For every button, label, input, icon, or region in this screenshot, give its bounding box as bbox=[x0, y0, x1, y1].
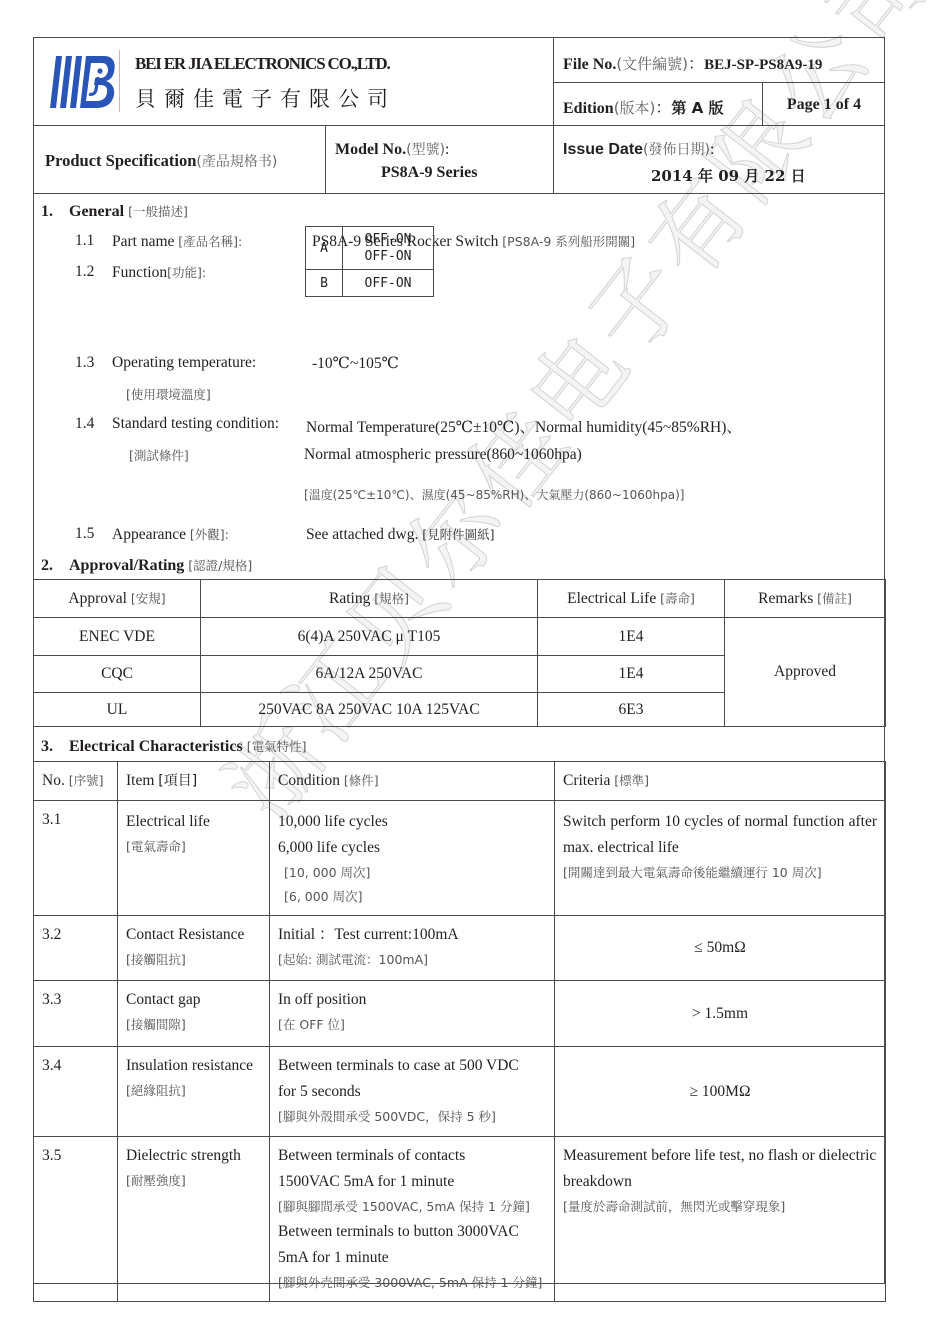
label: Part name bbox=[112, 233, 174, 250]
condition-line: 6,000 life cycles bbox=[278, 835, 546, 861]
spec-label-zh: (產品規格书) bbox=[196, 154, 277, 170]
column-header: No. [序號] bbox=[34, 762, 118, 801]
function-modes: OFF-ONOFF-ON bbox=[343, 227, 434, 270]
approval-cell: UL bbox=[34, 693, 201, 727]
item-cell: Electrical life[電氣壽命] bbox=[118, 801, 270, 916]
function-table: A OFF-ONOFF-ON B OFF-ON bbox=[305, 226, 434, 297]
issue-date: Issue Date(發佈日期): bbox=[563, 139, 714, 159]
approval-cell: CQC bbox=[34, 656, 201, 693]
condition-cell: Between terminals to case at 500 VDCfor … bbox=[270, 1047, 555, 1137]
edition-label-zh: (版本) bbox=[614, 99, 656, 117]
life-cell: 1E4 bbox=[538, 656, 725, 693]
file-no-label-zh: (文件編號) bbox=[616, 55, 688, 73]
item-zh: [接觸阻抗] bbox=[126, 948, 261, 972]
condition-line: 1500VAC 5mA for 1 minute bbox=[278, 1169, 546, 1195]
label-zh: [產品名稱]: bbox=[178, 234, 242, 249]
item-zh: [電氣壽命] bbox=[126, 835, 261, 859]
header-en: Electrical Life bbox=[567, 590, 656, 607]
section-electrical-heading: 3.Electrical Characteristics [電氣特性] bbox=[41, 737, 306, 756]
condition-line: Initial ：Test current:100mA bbox=[278, 922, 546, 948]
header-zh: [規格] bbox=[374, 591, 409, 606]
life-cell: 1E4 bbox=[538, 618, 725, 656]
divider bbox=[553, 38, 554, 193]
section-title-zh: [認證/規格] bbox=[188, 558, 252, 573]
criteria-zh: [量度於壽命測試前，無閃光或擊穿現象] bbox=[563, 1195, 877, 1219]
divider bbox=[34, 125, 885, 126]
item-number: 1.2 bbox=[75, 263, 94, 281]
table-header-row: No. [序號] Item [項目] Condition [條件] Criter… bbox=[34, 762, 886, 801]
issue-label-zh: (發佈日期) bbox=[643, 142, 710, 158]
condition-zh: [6, 000 周次] bbox=[278, 885, 546, 909]
item-number: 1.4 bbox=[75, 415, 94, 433]
colon: ： bbox=[688, 56, 704, 73]
issue-label: Issue Date bbox=[563, 141, 643, 158]
criteria-cell: Measurement before life test, no flash o… bbox=[555, 1137, 886, 1302]
label: Appearance bbox=[112, 526, 186, 543]
header-zh: [條件] bbox=[344, 773, 379, 788]
section-number: 2. bbox=[41, 557, 53, 574]
model-label: Model No. bbox=[335, 141, 406, 158]
company-name-en: BEI ER JIA ELECTRONICS CO.,LTD. bbox=[135, 54, 390, 74]
colon: : bbox=[445, 141, 449, 158]
column-header: Rating [規格] bbox=[201, 580, 538, 618]
section-title: Electrical Characteristics bbox=[69, 738, 243, 755]
appearance-value: See attached dwg. [見附件圖紙] bbox=[306, 525, 494, 544]
section-title: Approval/Rating bbox=[69, 557, 184, 574]
edition-value: 第 A 版 bbox=[671, 99, 723, 117]
header-zh: [標準] bbox=[614, 773, 649, 788]
value-zh: [PS8A-9 系列船形開關] bbox=[502, 234, 635, 249]
table-row: 3.2 Contact Resistance[接觸阻抗] Initial ：Te… bbox=[34, 916, 886, 981]
condition-zh: [起始: 測試電流：100mA] bbox=[278, 948, 546, 972]
item-number: 1.3 bbox=[75, 354, 94, 372]
remarks-cell: Approved bbox=[725, 618, 886, 727]
criteria-cell: ≥ 100MΩ bbox=[555, 1047, 886, 1137]
rating-cell: 6(4)A 250VAC μ T105 bbox=[201, 618, 538, 656]
condition-cell: Between terminals of contacts 1500VAC 5m… bbox=[270, 1137, 555, 1302]
function-row: A OFF-ONOFF-ON bbox=[306, 227, 434, 270]
spec-sheet: BEI ER JIA ELECTRONICS CO.,LTD. 貝爾佳電子有限公… bbox=[33, 37, 885, 1284]
row-number: 3.1 bbox=[34, 801, 118, 916]
criteria-cell: > 1.5mm bbox=[555, 981, 886, 1047]
item-en: Contact Resistance bbox=[126, 922, 261, 948]
column-header: Criteria [標準] bbox=[555, 762, 886, 801]
part-name-label: Part name [產品名稱]: bbox=[112, 232, 242, 251]
item-number: 1.5 bbox=[75, 525, 94, 543]
item-cell: Insulation resistance[絕緣阻抗] bbox=[118, 1047, 270, 1137]
file-no-value: BEJ-SP-PS8A9-19 bbox=[704, 57, 822, 73]
model-label-zh: (型號) bbox=[406, 142, 445, 158]
condition-zh: [在 OFF 位] bbox=[278, 1013, 546, 1037]
operating-temp-label-zh: [使用環境溫度] bbox=[126, 385, 211, 403]
header-zh: [序號] bbox=[69, 773, 104, 788]
item-cell: Contact Resistance[接觸阻抗] bbox=[118, 916, 270, 981]
divider bbox=[325, 125, 326, 193]
value: See attached dwg. bbox=[306, 526, 418, 543]
colon: ： bbox=[655, 100, 671, 117]
mode: OFF-ON bbox=[347, 248, 429, 265]
function-modes: OFF-ON bbox=[343, 270, 434, 297]
table-row: 3.1 Electrical life[電氣壽命] 10,000 life cy… bbox=[34, 801, 886, 916]
criteria-zh: [開關達到最大電氣壽命後能繼續運行 10 周次] bbox=[563, 861, 877, 885]
header-en: Remarks bbox=[758, 590, 813, 607]
value-zh: [見附件圖紙] bbox=[422, 527, 494, 542]
condition-line: In off position bbox=[278, 987, 546, 1013]
testing-condition-value-2: Normal atmospheric pressure(860~1060hpa) bbox=[304, 446, 582, 464]
item-zh: [絕緣阻抗] bbox=[126, 1079, 261, 1103]
mode: OFF-ON bbox=[347, 275, 429, 292]
product-spec-title: Product Specification(產品規格书) bbox=[45, 151, 277, 171]
spec-label: Product Specification bbox=[45, 151, 196, 170]
header-en: Item bbox=[126, 772, 154, 789]
operating-temp-value: -10℃~105℃ bbox=[312, 354, 399, 373]
issue-date-value: 2014 年 09 月 22 日 bbox=[651, 165, 806, 186]
header-en: Condition bbox=[278, 772, 340, 789]
column-header: Approval [安規] bbox=[34, 580, 201, 618]
label-zh: [功能]: bbox=[167, 265, 206, 280]
file-no: File No.(文件編號)：BEJ-SP-PS8A9-19 bbox=[563, 51, 822, 74]
function-row: B OFF-ON bbox=[306, 270, 434, 297]
condition-line: 5mA for 1 minute bbox=[278, 1245, 546, 1271]
operating-temp-label: Operating temperature: bbox=[112, 354, 256, 372]
table-header-row: Approval [安規] Rating [規格] Electrical Lif… bbox=[34, 580, 886, 618]
item-cell: Dielectric strength[耐壓強度] bbox=[118, 1137, 270, 1302]
mode: OFF-ON bbox=[347, 231, 429, 248]
testing-condition-label-zh: [測試條件] bbox=[129, 446, 189, 464]
testing-condition-label: Standard testing condition: bbox=[112, 415, 279, 433]
row-number: 3.3 bbox=[34, 981, 118, 1047]
life-cell: 6E3 bbox=[538, 693, 725, 727]
condition-line: for 5 seconds bbox=[278, 1079, 546, 1105]
edition: Edition(版本)：第 A 版 bbox=[563, 95, 723, 118]
section-number: 1. bbox=[41, 203, 53, 220]
item-en: Contact gap bbox=[126, 987, 261, 1013]
model-value: PS8A-9 Series bbox=[381, 164, 477, 182]
header-en: Rating bbox=[329, 590, 370, 607]
label-zh: [外觀]: bbox=[190, 527, 229, 542]
item-en: Electrical life bbox=[126, 809, 261, 835]
edition-label: Edition bbox=[563, 100, 614, 117]
item-zh: [耐壓強度] bbox=[126, 1169, 261, 1193]
model-no: Model No.(型號): bbox=[335, 139, 450, 159]
colon: : bbox=[710, 141, 714, 158]
table-row: ENEC VDE 6(4)A 250VAC μ T105 1E4 Approve… bbox=[34, 618, 886, 656]
section-title-zh: [電氣特性] bbox=[247, 739, 307, 754]
header-zh: [項目] bbox=[158, 773, 197, 789]
condition-line: Between terminals to case at 500 VDC bbox=[278, 1053, 546, 1079]
row-number: 3.4 bbox=[34, 1047, 118, 1137]
header-en: Approval bbox=[68, 590, 127, 607]
electrical-table: No. [序號] Item [項目] Condition [條件] Criter… bbox=[33, 761, 886, 1302]
testing-condition-value: Normal Temperature(25℃±10℃)、Normal humid… bbox=[306, 415, 742, 437]
condition-zh: [腳與外殼間承受 500VDC，保持 5 秒] bbox=[278, 1105, 546, 1129]
approval-cell: ENEC VDE bbox=[34, 618, 201, 656]
condition-line: 10,000 life cycles bbox=[278, 809, 546, 835]
file-no-label: File No. bbox=[563, 56, 616, 73]
company-name-zh: 貝爾佳電子有限公司 bbox=[135, 83, 396, 113]
header-zh: [壽命] bbox=[660, 591, 695, 606]
item-number: 1.1 bbox=[75, 232, 94, 250]
condition-zh: [腳與腳間承受 1500VAC, 5mA 保持 1 分鐘] bbox=[278, 1195, 546, 1219]
condition-cell: 10,000 life cycles6,000 life cycles[10, … bbox=[270, 801, 555, 916]
section-approval-heading: 2.Approval/Rating [認證/規格] bbox=[41, 556, 252, 575]
header-en: Criteria bbox=[563, 772, 610, 789]
item-en: Insulation resistance bbox=[126, 1053, 261, 1079]
header-zh: [備註] bbox=[817, 591, 852, 606]
row-number: 3.2 bbox=[34, 916, 118, 981]
appearance-label: Appearance [外觀]: bbox=[112, 525, 229, 544]
criteria-text: Switch perform 10 cycles of normal funct… bbox=[563, 809, 877, 861]
column-header: Electrical Life [壽命] bbox=[538, 580, 725, 618]
function-type: B bbox=[306, 270, 343, 297]
criteria-text: Measurement before life test, no flash o… bbox=[563, 1143, 877, 1195]
label: Function bbox=[112, 264, 167, 281]
header-zh: [安規] bbox=[131, 591, 166, 606]
criteria-cell: Switch perform 10 cycles of normal funct… bbox=[555, 801, 886, 916]
item-en: Dielectric strength bbox=[126, 1143, 261, 1169]
page-indicator: Page 1 of 4 bbox=[763, 96, 885, 114]
section-title: General bbox=[69, 203, 124, 220]
row-number: 3.5 bbox=[34, 1137, 118, 1302]
table-row: 3.5 Dielectric strength[耐壓強度] Between te… bbox=[34, 1137, 886, 1302]
table-row: 3.3 Contact gap[接觸間隙] In off position[在 … bbox=[34, 981, 886, 1047]
condition-zh: [10, 000 周次] bbox=[278, 861, 546, 885]
divider bbox=[34, 193, 885, 194]
item-cell: Contact gap[接觸間隙] bbox=[118, 981, 270, 1047]
table-row: 3.4 Insulation resistance[絕緣阻抗] Between … bbox=[34, 1047, 886, 1137]
rating-cell: 250VAC 8A 250VAC 10A 125VAC bbox=[201, 693, 538, 727]
condition-cell: In off position[在 OFF 位] bbox=[270, 981, 555, 1047]
column-header: Item [項目] bbox=[118, 762, 270, 801]
item-zh: [接觸間隙] bbox=[126, 1013, 261, 1037]
section-number: 3. bbox=[41, 738, 53, 755]
logo-divider bbox=[119, 50, 120, 112]
function-label: Function[功能]: bbox=[112, 263, 206, 282]
column-header: Condition [條件] bbox=[270, 762, 555, 801]
condition-line: Between terminals of contacts bbox=[278, 1143, 546, 1169]
function-type: A bbox=[306, 227, 343, 270]
column-header: Remarks [備註] bbox=[725, 580, 886, 618]
bej-logo-icon bbox=[48, 52, 118, 112]
approval-table: Approval [安規] Rating [規格] Electrical Lif… bbox=[33, 579, 886, 727]
section-general-heading: 1.General [一般描述] bbox=[41, 202, 188, 221]
header-en: No. bbox=[42, 772, 65, 789]
condition-zh: [腳與外壳間承受 3000VAC, 5mA 保持 1 分鐘] bbox=[278, 1271, 546, 1295]
criteria-cell: ≤ 50mΩ bbox=[555, 916, 886, 981]
divider bbox=[553, 82, 885, 83]
testing-condition-value-zh: [溫度(25℃±10℃)、濕度(45~85%RH)、大氣壓力(860~1060h… bbox=[304, 486, 684, 503]
rating-cell: 6A/12A 250VAC bbox=[201, 656, 538, 693]
section-title-zh: [一般描述] bbox=[128, 204, 188, 219]
condition-cell: Initial ：Test current:100mA[起始: 測試電流：100… bbox=[270, 916, 555, 981]
condition-line: Between terminals to button 3000VAC bbox=[278, 1219, 546, 1245]
